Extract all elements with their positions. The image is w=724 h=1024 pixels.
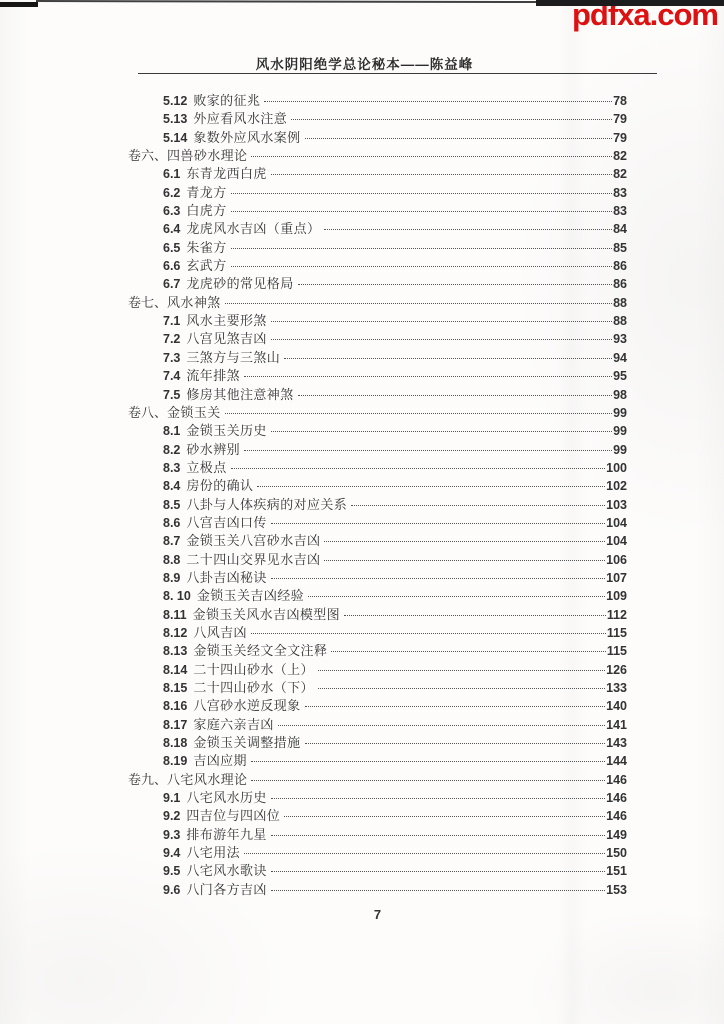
toc-entry-number: 9.5 xyxy=(163,864,180,878)
toc-entry-page: 107 xyxy=(606,571,627,585)
toc-entry: 8.7 金锁玉关八宫砂水吉凶 104 xyxy=(128,530,627,548)
dot-leader xyxy=(244,450,612,451)
toc-entry-title: 四吉位与四凶位 xyxy=(186,805,280,823)
toc-entry-number: 7.3 xyxy=(163,351,180,365)
toc-entry-number: 9.3 xyxy=(163,828,180,842)
dot-leader xyxy=(271,339,612,340)
toc-entry-title: 八风吉凶 xyxy=(193,622,247,640)
toc-entry-title: 金锁玉关历史 xyxy=(186,420,266,438)
toc-entry-number: 8. 10 xyxy=(163,589,191,603)
scan-artifact-top-left-bar xyxy=(0,2,38,7)
toc-entry: 6.7 龙虎砂的常见格局 86 xyxy=(128,273,627,291)
dot-leader xyxy=(344,615,606,616)
toc-entry: 8.12 八风吉凶 115 xyxy=(128,622,627,640)
dot-leader xyxy=(271,578,605,579)
toc-entry-number: 8.14 xyxy=(163,663,187,677)
dot-leader xyxy=(257,486,605,487)
toc-entry-title: 二十四山交界见水吉凶 xyxy=(186,549,320,567)
toc-entry-page: 133 xyxy=(606,681,627,695)
toc-entry-title: 四兽砂水理论 xyxy=(167,145,247,163)
toc-entry-title: 二十四山砂水（上） xyxy=(193,659,314,677)
toc-entry: 卷八、 金锁玉关 99 xyxy=(128,402,627,420)
dot-leader xyxy=(271,174,612,175)
toc-entry-page: 104 xyxy=(606,516,627,530)
dot-leader xyxy=(324,229,612,230)
toc-entry-number: 8.18 xyxy=(163,736,187,750)
toc-entry: 8.9 八卦吉凶秘诀 107 xyxy=(128,567,627,585)
toc-entry-page: 83 xyxy=(613,186,627,200)
toc-entry-title: 修房其他注意神煞 xyxy=(186,384,293,402)
toc-entry: 5.14 象数外应风水案例 79 xyxy=(128,127,627,145)
toc-entry-title: 三煞方与三煞山 xyxy=(186,347,280,365)
toc-entry-title: 八宫砂水逆反现象 xyxy=(193,695,300,713)
dot-leader xyxy=(298,284,613,285)
toc-entry-title: 风水主要形煞 xyxy=(186,310,266,328)
dot-leader xyxy=(271,871,605,872)
toc-entry-title: 象数外应风水案例 xyxy=(193,127,300,145)
toc-entry-title: 排布游年九星 xyxy=(186,824,266,842)
dot-leader xyxy=(271,431,612,432)
toc-entry: 5.13 外应看风水注意 79 xyxy=(128,108,627,126)
toc-entry: 8.15 二十四山砂水（下） 133 xyxy=(128,677,627,695)
toc-entry-page: 98 xyxy=(613,388,627,402)
toc-entry: 6.6 玄武方 86 xyxy=(128,255,627,273)
toc-entry-title: 金锁玉关吉凶经验 xyxy=(197,585,304,603)
toc-entry: 9.4 八宅用法 150 xyxy=(128,842,627,860)
toc-entry: 6.1 东青龙西白虎 82 xyxy=(128,163,627,181)
dot-leader xyxy=(264,101,612,102)
toc-entry-title: 立极点 xyxy=(186,457,226,475)
toc-entry-number: 卷九、 xyxy=(128,769,167,787)
dot-leader xyxy=(251,780,605,781)
toc-entry-page: 103 xyxy=(606,498,627,512)
toc-entry-page: 99 xyxy=(613,424,627,438)
toc-entry-page: 146 xyxy=(606,791,627,805)
toc-entry: 9.6 八门各方吉凶 153 xyxy=(128,879,627,897)
toc-entry-page: 86 xyxy=(613,277,627,291)
toc-entry: 8.11 金锁玉关风水吉凶模型图 112 xyxy=(128,604,627,622)
toc-entry-page: 141 xyxy=(606,718,627,732)
toc-entry: 8.4 房份的确认 102 xyxy=(128,475,627,493)
dot-leader xyxy=(305,706,606,707)
toc-entry-page: 100 xyxy=(606,461,627,475)
dot-leader xyxy=(318,688,605,689)
dot-leader xyxy=(284,816,605,817)
toc-entry-number: 9.4 xyxy=(163,846,180,860)
toc-entry-page: 93 xyxy=(613,332,627,346)
toc-entry: 卷九、 八宅风水理论 146 xyxy=(128,769,627,787)
dot-leader xyxy=(324,541,605,542)
toc-entry-number: 8.13 xyxy=(163,644,187,658)
dot-leader xyxy=(271,523,605,524)
toc-entry-page: 104 xyxy=(606,534,627,548)
toc-entry-page: 82 xyxy=(613,149,627,163)
toc-entry-number: 7.5 xyxy=(163,388,180,402)
toc-entry-page: 83 xyxy=(613,204,627,218)
toc-entry: 6.5 朱雀方 85 xyxy=(128,237,627,255)
toc-entry: 8. 10 金锁玉关吉凶经验 109 xyxy=(128,585,627,603)
toc-entry-number: 8.6 xyxy=(163,516,180,530)
toc-entry-page: 115 xyxy=(607,644,627,658)
toc-entry-page: 150 xyxy=(606,846,627,860)
toc-entry-title: 八卦吉凶秘诀 xyxy=(186,567,266,585)
toc-entry-number: 7.2 xyxy=(163,332,180,346)
toc-entry-title: 八宫见煞吉凶 xyxy=(186,328,266,346)
toc-entry-title: 东青龙西白虎 xyxy=(186,163,266,181)
toc-entry-page: 149 xyxy=(606,828,627,842)
toc-entry-page: 88 xyxy=(613,296,627,310)
toc-entry-page: 112 xyxy=(607,608,627,622)
toc-entry-page: 126 xyxy=(606,663,627,677)
toc-entry-page: 86 xyxy=(613,259,627,273)
dot-leader xyxy=(251,156,612,157)
toc-entry: 8.16 八宫砂水逆反现象 140 xyxy=(128,695,627,713)
toc-entry-title: 龙虎砂的常见格局 xyxy=(186,273,293,291)
toc-entry-page: 88 xyxy=(613,314,627,328)
toc-entry-number: 8.5 xyxy=(163,498,180,512)
toc-entry: 8.14 二十四山砂水（上） 126 xyxy=(128,659,627,677)
toc-entry-number: 8.15 xyxy=(163,681,187,695)
toc-entry-title: 家庭六亲吉凶 xyxy=(193,714,273,732)
dot-leader xyxy=(305,743,606,744)
toc-entry-title: 青龙方 xyxy=(186,182,226,200)
toc-entry-title: 房份的确认 xyxy=(186,475,253,493)
toc-entry: 卷六、 四兽砂水理论 82 xyxy=(128,145,627,163)
toc-entry-number: 8.3 xyxy=(163,461,180,475)
toc-entry: 6.4 龙虎风水吉凶（重点） 84 xyxy=(128,218,627,236)
toc-entry-page: 79 xyxy=(613,112,627,126)
toc-entry-page: 144 xyxy=(606,754,627,768)
toc-entry: 8.19 吉凶应期 144 xyxy=(128,750,627,768)
dot-leader xyxy=(271,835,605,836)
toc-entry-number: 6.4 xyxy=(163,222,180,236)
toc-entry-number: 7.1 xyxy=(163,314,180,328)
toc-entry-title: 金锁玉关八宫砂水吉凶 xyxy=(186,530,320,548)
toc-entry-page: 85 xyxy=(613,241,627,255)
toc-entry-number: 6.1 xyxy=(163,167,180,181)
toc-entry-page: 78 xyxy=(613,94,627,108)
toc-entry-number: 卷六、 xyxy=(128,145,167,163)
toc-entry-title: 金锁玉关 xyxy=(167,402,221,420)
toc-entry-page: 94 xyxy=(613,351,627,365)
toc-entry: 8.3 立极点 100 xyxy=(128,457,627,475)
toc-entry-title: 金锁玉关经文全文注释 xyxy=(193,640,327,658)
toc-entry-page: 146 xyxy=(606,773,627,787)
dot-leader xyxy=(251,761,605,762)
toc-entry-number: 8.17 xyxy=(163,718,187,732)
toc-entry-page: 153 xyxy=(606,883,627,897)
toc-entry-number: 5.12 xyxy=(163,94,187,108)
toc-entry: 7.1 风水主要形煞 88 xyxy=(128,310,627,328)
dot-leader xyxy=(318,670,605,671)
toc-entry-title: 八宅风水理论 xyxy=(167,769,247,787)
dot-leader xyxy=(231,468,606,469)
toc-entry: 9.1 八宅风水历史 146 xyxy=(128,787,627,805)
toc-entry-number: 8.7 xyxy=(163,534,180,548)
toc-entry-title: 八宅风水历史 xyxy=(186,787,266,805)
toc-entry: 9.5 八宅风水歌诀 151 xyxy=(128,860,627,878)
toc-entry-title: 败家的征兆 xyxy=(193,90,260,108)
header-rule xyxy=(138,73,657,74)
dot-leader xyxy=(271,321,612,322)
dot-leader xyxy=(308,596,605,597)
dot-leader xyxy=(231,248,613,249)
toc-entry-number: 卷八、 xyxy=(128,402,167,420)
toc-entry-title: 玄武方 xyxy=(186,255,226,273)
toc-entry-title: 二十四山砂水（下） xyxy=(193,677,314,695)
toc-entry: 9.3 排布游年九星 149 xyxy=(128,824,627,842)
toc-entry: 8.18 金锁玉关调整措施 143 xyxy=(128,732,627,750)
toc-entry-number: 9.6 xyxy=(163,883,180,897)
dot-leader xyxy=(271,798,605,799)
dot-leader xyxy=(225,413,612,414)
toc-entry: 8.17 家庭六亲吉凶 141 xyxy=(128,714,627,732)
toc-entry-number: 7.4 xyxy=(163,369,180,383)
toc-entry-page: 99 xyxy=(613,406,627,420)
toc-entry-page: 109 xyxy=(606,589,627,603)
toc-entry: 6.2 青龙方 83 xyxy=(128,182,627,200)
toc-entry-number: 9.2 xyxy=(163,809,180,823)
toc-entry-number: 8.1 xyxy=(163,424,180,438)
toc-entry-title: 外应看风水注意 xyxy=(193,108,287,126)
toc-entry: 8.5 八卦与人体疾病的对应关系 103 xyxy=(128,494,627,512)
footer-page-number: 7 xyxy=(128,907,627,922)
toc-entry: 8.6 八宫吉凶口传 104 xyxy=(128,512,627,530)
dot-leader xyxy=(305,138,613,139)
dot-leader xyxy=(231,266,613,267)
dot-leader xyxy=(244,853,605,854)
toc-entry-title: 八宅用法 xyxy=(186,842,240,860)
toc-entry: 卷七、 风水神煞 88 xyxy=(128,292,627,310)
dot-leader xyxy=(331,651,605,652)
toc-entry-number: 6.6 xyxy=(163,259,180,273)
toc-entry: 8.1 金锁玉关历史 99 xyxy=(128,420,627,438)
toc-entry: 7.5 修房其他注意神煞 98 xyxy=(128,384,627,402)
scan-artifact-top-right-bar xyxy=(536,0,724,6)
dot-leader xyxy=(231,193,613,194)
dot-leader xyxy=(244,376,612,377)
toc-entry-page: 151 xyxy=(606,864,627,878)
toc-entry-page: 82 xyxy=(613,167,627,181)
toc-entry-title: 吉凶应期 xyxy=(193,750,247,768)
scan-artifact-top-edge-line xyxy=(36,0,538,3)
dot-leader xyxy=(324,560,605,561)
toc-entry-title: 朱雀方 xyxy=(186,237,226,255)
toc-entry: 9.2 四吉位与四凶位 146 xyxy=(128,805,627,823)
toc-entry: 6.3 白虎方 83 xyxy=(128,200,627,218)
toc-entry-number: 8.2 xyxy=(163,443,180,457)
toc-entry: 7.2 八宫见煞吉凶 93 xyxy=(128,328,627,346)
toc-entry-title: 金锁玉关风水吉凶模型图 xyxy=(193,604,340,622)
toc-entry-page: 146 xyxy=(606,809,627,823)
toc-entry-number: 5.14 xyxy=(163,131,187,145)
toc-entry-number: 卷七、 xyxy=(128,292,167,310)
dot-leader xyxy=(351,505,605,506)
toc-entry: 7.4 流年排煞 95 xyxy=(128,365,627,383)
toc-entry-title: 八卦与人体疾病的对应关系 xyxy=(186,494,347,512)
document-page: pdfxa.com 风水阴阳绝学总论秘本——陈益峰 5.12 败家的征兆 78 … xyxy=(0,0,724,1024)
toc-entry: 8.13 金锁玉关经文全文注释 115 xyxy=(128,640,627,658)
toc-entry: 5.12 败家的征兆 78 xyxy=(128,90,627,108)
table-of-contents: 5.12 败家的征兆 78 5.13 外应看风水注意 79 5.14 象数外应风… xyxy=(128,90,627,897)
toc-entry-number: 8.19 xyxy=(163,754,187,768)
toc-entry-page: 102 xyxy=(606,479,627,493)
dot-leader xyxy=(284,358,612,359)
toc-entry-number: 8.12 xyxy=(163,626,187,640)
running-header-title: 风水阴阳绝学总论秘本——陈益峰 xyxy=(138,53,657,73)
dot-leader xyxy=(251,633,606,634)
toc-entry-number: 8.16 xyxy=(163,699,187,713)
toc-entry-page: 95 xyxy=(613,369,627,383)
toc-entry-page: 84 xyxy=(613,222,627,236)
toc-entry-page: 106 xyxy=(606,553,627,567)
toc-entry-number: 5.13 xyxy=(163,112,187,126)
toc-entry-number: 8.4 xyxy=(163,479,180,493)
toc-entry-page: 140 xyxy=(606,699,627,713)
dot-leader xyxy=(298,395,613,396)
toc-entry-page: 99 xyxy=(613,443,627,457)
toc-entry-number: 6.7 xyxy=(163,277,180,291)
toc-entry-number: 8.9 xyxy=(163,571,180,585)
toc-entry-page: 79 xyxy=(613,131,627,145)
dot-leader xyxy=(231,211,613,212)
toc-entry-number: 8.8 xyxy=(163,553,180,567)
toc-entry-title: 流年排煞 xyxy=(186,365,240,383)
toc-entry: 7.3 三煞方与三煞山 94 xyxy=(128,347,627,365)
toc-entry-number: 6.3 xyxy=(163,204,180,218)
toc-entry-page: 143 xyxy=(606,736,627,750)
toc-entry-page: 115 xyxy=(607,626,627,640)
toc-entry-title: 龙虎风水吉凶（重点） xyxy=(186,218,320,236)
dot-leader xyxy=(271,890,605,891)
toc-entry-number: 6.2 xyxy=(163,186,180,200)
toc-entry-title: 八门各方吉凶 xyxy=(186,879,266,897)
toc-entry-title: 风水神煞 xyxy=(167,292,221,310)
toc-entry-title: 砂水辨别 xyxy=(186,439,240,457)
dot-leader xyxy=(291,119,612,120)
toc-entry-number: 6.5 xyxy=(163,241,180,255)
toc-entry-title: 八宅风水歌诀 xyxy=(186,860,266,878)
toc-entry-title: 八宫吉凶口传 xyxy=(186,512,266,530)
toc-entry-number: 9.1 xyxy=(163,791,180,805)
toc-entry-title: 金锁玉关调整措施 xyxy=(193,732,300,750)
toc-entry-title: 白虎方 xyxy=(186,200,226,218)
dot-leader xyxy=(278,725,605,726)
toc-entry-number: 8.11 xyxy=(163,608,187,622)
toc-entry: 8.2 砂水辨别 99 xyxy=(128,439,627,457)
toc-entry: 8.8 二十四山交界见水吉凶 106 xyxy=(128,549,627,567)
dot-leader xyxy=(225,303,612,304)
